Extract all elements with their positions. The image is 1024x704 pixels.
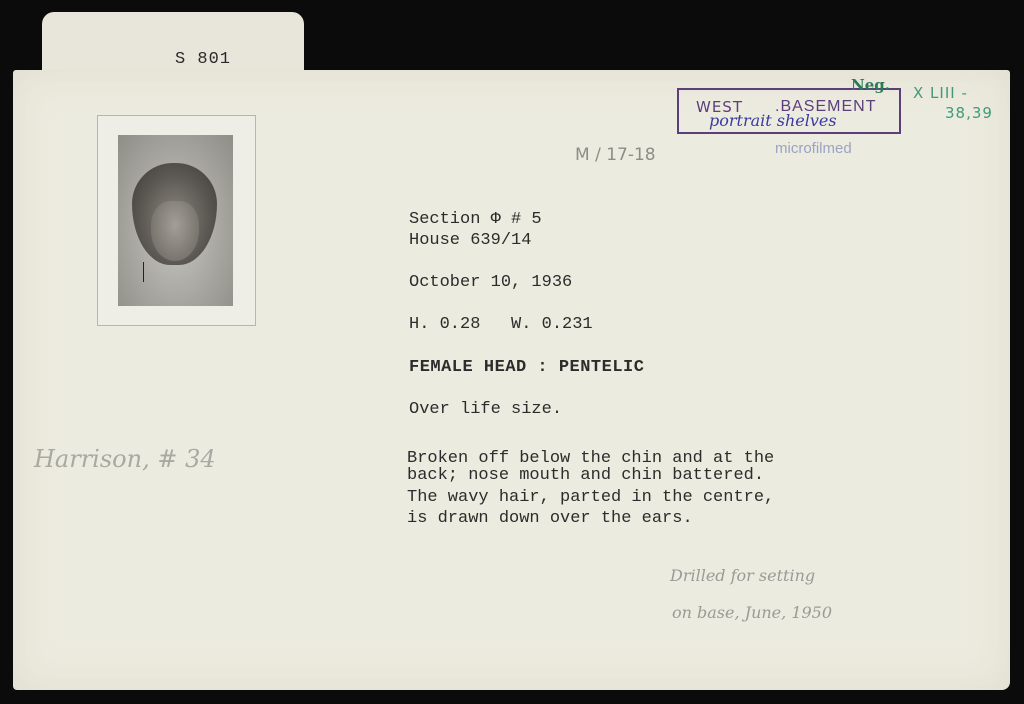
sculpture-face bbox=[151, 201, 199, 261]
dimensions-line: H. 0.28 W. 0.231 bbox=[409, 315, 593, 335]
location-note: portrait shelves bbox=[709, 111, 837, 130]
microfilmed-stamp: microfilmed bbox=[775, 140, 852, 157]
size-note: Over life size. bbox=[409, 400, 562, 420]
description-line-3: The wavy hair, parted in the centre, bbox=[407, 488, 774, 508]
description-line-2: back; nose mouth and chin battered. bbox=[407, 466, 764, 486]
catalog-number: S 801 bbox=[175, 50, 231, 69]
drilled-note-line1: Drilled for setting bbox=[670, 566, 815, 585]
reference-mark: M / 17-18 bbox=[575, 145, 656, 165]
date-line: October 10, 1936 bbox=[409, 273, 572, 293]
neg-number-line1: X LIII - bbox=[913, 84, 968, 102]
section-line: Section Φ # 5 bbox=[409, 210, 542, 230]
neg-number-line2: 38,39 bbox=[945, 104, 993, 122]
drilled-note-line2: on base, June, 1950 bbox=[672, 603, 832, 622]
scale-mark bbox=[133, 262, 144, 282]
location-stamp: WEST .BASEMENT portrait shelves bbox=[677, 88, 901, 134]
sculpture-photo bbox=[118, 135, 233, 306]
sculpture-head-image bbox=[132, 163, 217, 265]
harrison-note: Harrison, # 34 bbox=[34, 445, 216, 473]
object-title: FEMALE HEAD : PENTELIC bbox=[409, 358, 644, 378]
neg-label: Neg. bbox=[851, 76, 890, 94]
description-line-4: is drawn down over the ears. bbox=[407, 509, 693, 529]
photo-mount bbox=[97, 115, 256, 326]
house-line: House 639/14 bbox=[409, 231, 531, 251]
